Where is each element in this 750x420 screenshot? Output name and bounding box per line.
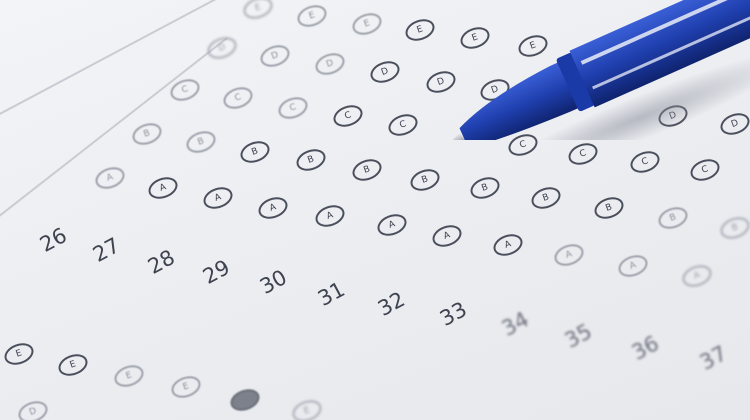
- bubble-b[interactable]: B: [183, 127, 218, 156]
- bubble-c[interactable]: C: [687, 155, 722, 184]
- question-number: 33: [436, 297, 471, 331]
- bubble-e[interactable]: E: [240, 0, 275, 23]
- bubble-a[interactable]: A: [312, 201, 347, 230]
- bubble-e[interactable]: E: [402, 15, 437, 44]
- bubble-a[interactable]: A: [551, 240, 586, 269]
- question-number: 27: [89, 233, 124, 267]
- bubble-c[interactable]: C: [385, 110, 420, 139]
- bubble-c[interactable]: C: [565, 139, 600, 168]
- filled-bubble[interactable]: [227, 385, 262, 414]
- sheet-margin-line: [0, 37, 228, 223]
- bubble-b[interactable]: B: [349, 155, 384, 184]
- bubble-b[interactable]: B: [528, 183, 563, 212]
- question-number: 37: [696, 341, 731, 375]
- sheet-margin-line: [0, 0, 221, 120]
- bubble-e[interactable]: E: [289, 396, 324, 420]
- bubble-e[interactable]: E: [168, 372, 203, 401]
- bubble-a[interactable]: A: [490, 230, 525, 259]
- answer-sheet-photo: A A A A A A A A A A A B B B B B B B B B …: [0, 0, 750, 420]
- bubble-a[interactable]: A: [615, 251, 650, 280]
- bubble-e[interactable]: E: [349, 9, 384, 38]
- bubble-c[interactable]: C: [275, 93, 310, 122]
- bubble-a[interactable]: A: [374, 210, 409, 239]
- bubble-d[interactable]: D: [204, 33, 239, 62]
- blue-pen: [440, 0, 750, 140]
- bubble-c[interactable]: C: [627, 147, 662, 176]
- question-number: 34: [498, 307, 533, 341]
- question-number: 29: [199, 255, 234, 289]
- question-number: 28: [144, 245, 179, 279]
- question-number: 30: [256, 265, 291, 299]
- bubble-a[interactable]: A: [92, 163, 127, 192]
- bubble-b[interactable]: B: [467, 173, 502, 202]
- bubble-b[interactable]: B: [293, 145, 328, 174]
- bubble-c[interactable]: C: [330, 101, 365, 130]
- question-number: 26: [36, 223, 71, 257]
- question-number: 35: [561, 319, 596, 353]
- question-number: 32: [374, 287, 409, 321]
- bubble-e[interactable]: E: [111, 361, 146, 390]
- bubble-a[interactable]: A: [200, 183, 235, 212]
- bubble-d[interactable]: D: [257, 41, 292, 70]
- bubble-b[interactable]: B: [655, 203, 690, 232]
- bubble-b[interactable]: B: [591, 193, 626, 222]
- question-number: 36: [628, 331, 663, 365]
- bubble-a[interactable]: A: [255, 193, 290, 222]
- bubble-d[interactable]: D: [367, 57, 402, 86]
- bubble-c[interactable]: C: [220, 83, 255, 112]
- bubble-b[interactable]: B: [407, 165, 442, 194]
- bubble-d[interactable]: D: [15, 397, 50, 420]
- bubble-a[interactable]: A: [429, 221, 464, 250]
- bubble-e[interactable]: E: [55, 350, 90, 379]
- bubble-e[interactable]: E: [1, 339, 36, 368]
- bubble-a[interactable]: A: [145, 173, 180, 202]
- bubble-e[interactable]: E: [294, 1, 329, 30]
- bubble-b[interactable]: B: [237, 137, 272, 166]
- bubble-b[interactable]: B: [129, 119, 164, 148]
- bubble-b[interactable]: B: [717, 213, 750, 242]
- bubble-a[interactable]: A: [679, 261, 714, 290]
- question-number: 31: [314, 277, 349, 311]
- bubble-d[interactable]: D: [312, 49, 347, 78]
